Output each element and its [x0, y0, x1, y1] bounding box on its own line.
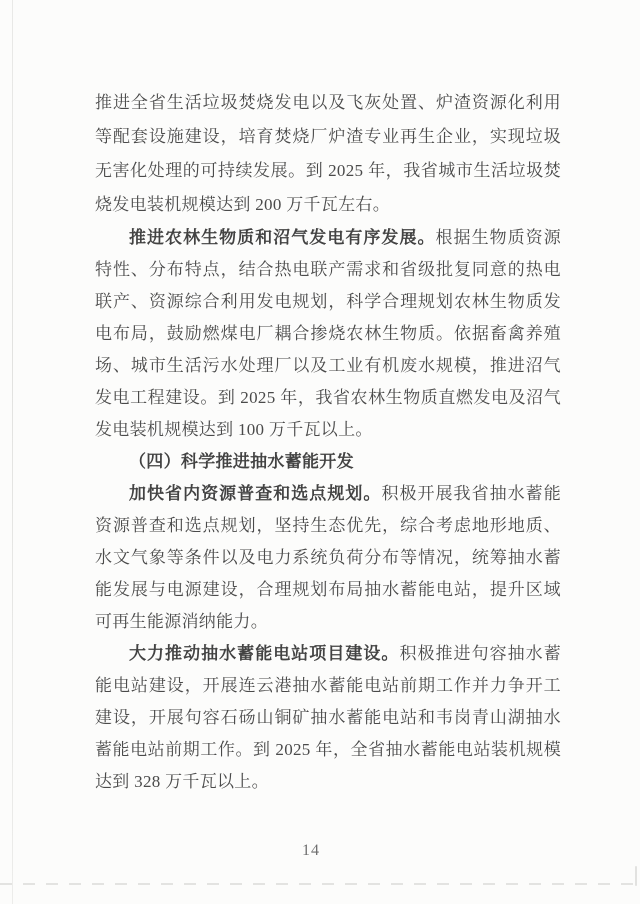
scan-bottom-edge-artifact [0, 883, 640, 885]
paragraph-resource-survey: 加快省内资源普查和选点规划。积极开展我省抽水蓄能资源普查和选点规划，坚持生态优先… [95, 478, 561, 638]
paragraph-waste-incineration: 推进全省生活垃圾焚烧发电以及飞灰处置、炉渣资源化利用等配套设施建设，培育焚烧厂炉… [95, 86, 561, 222]
paragraph-biomass-biogas: 推进农林生物质和沼气发电有序发展。根据生物质资源特性、分布特点，结合热电联产需求… [95, 222, 561, 446]
paragraph-text: 推进全省生活垃圾焚烧发电以及飞灰处置、炉渣资源化利用等配套设施建设，培育焚烧厂炉… [95, 93, 561, 214]
paragraph-text: 积极推进句容抽水蓄能电站建设，开展连云港抽水蓄能电站前期工作并力争开工建设，开展… [95, 644, 561, 791]
paragraph-lead-sentence: 大力推动抽水蓄能电站项目建设。 [129, 644, 399, 663]
page-number: 14 [0, 841, 622, 861]
paragraph-lead-sentence: 加快省内资源普查和选点规划。 [129, 484, 381, 503]
paragraph-text: 根据生物质资源特性、分布特点，结合热电联产需求和省级批复同意的热电联产、资源综合… [95, 228, 561, 439]
paragraph-text: 积极开展我省抽水蓄能资源普查和选点规划，坚持生态优先，综合考虑地形地质、水文气象… [95, 484, 561, 631]
scan-corner-artifact [635, 866, 637, 886]
document-content: 推进全省生活垃圾焚烧发电以及飞灰处置、炉渣资源化利用等配套设施建设，培育焚烧厂炉… [95, 86, 561, 798]
paragraph-station-projects: 大力推动抽水蓄能电站项目建设。积极推进句容抽水蓄能电站建设，开展连云港抽水蓄能电… [95, 638, 561, 798]
paragraph-lead-sentence: 推进农林生物质和沼气发电有序发展。 [129, 228, 436, 247]
section-heading-pumped-storage: （四）科学推进抽水蓄能开发 [95, 446, 561, 478]
scan-left-edge-artifact [12, 0, 13, 904]
scanned-document-page: 推进全省生活垃圾焚烧发电以及飞灰处置、炉渣资源化利用等配套设施建设，培育焚烧厂炉… [0, 0, 640, 904]
